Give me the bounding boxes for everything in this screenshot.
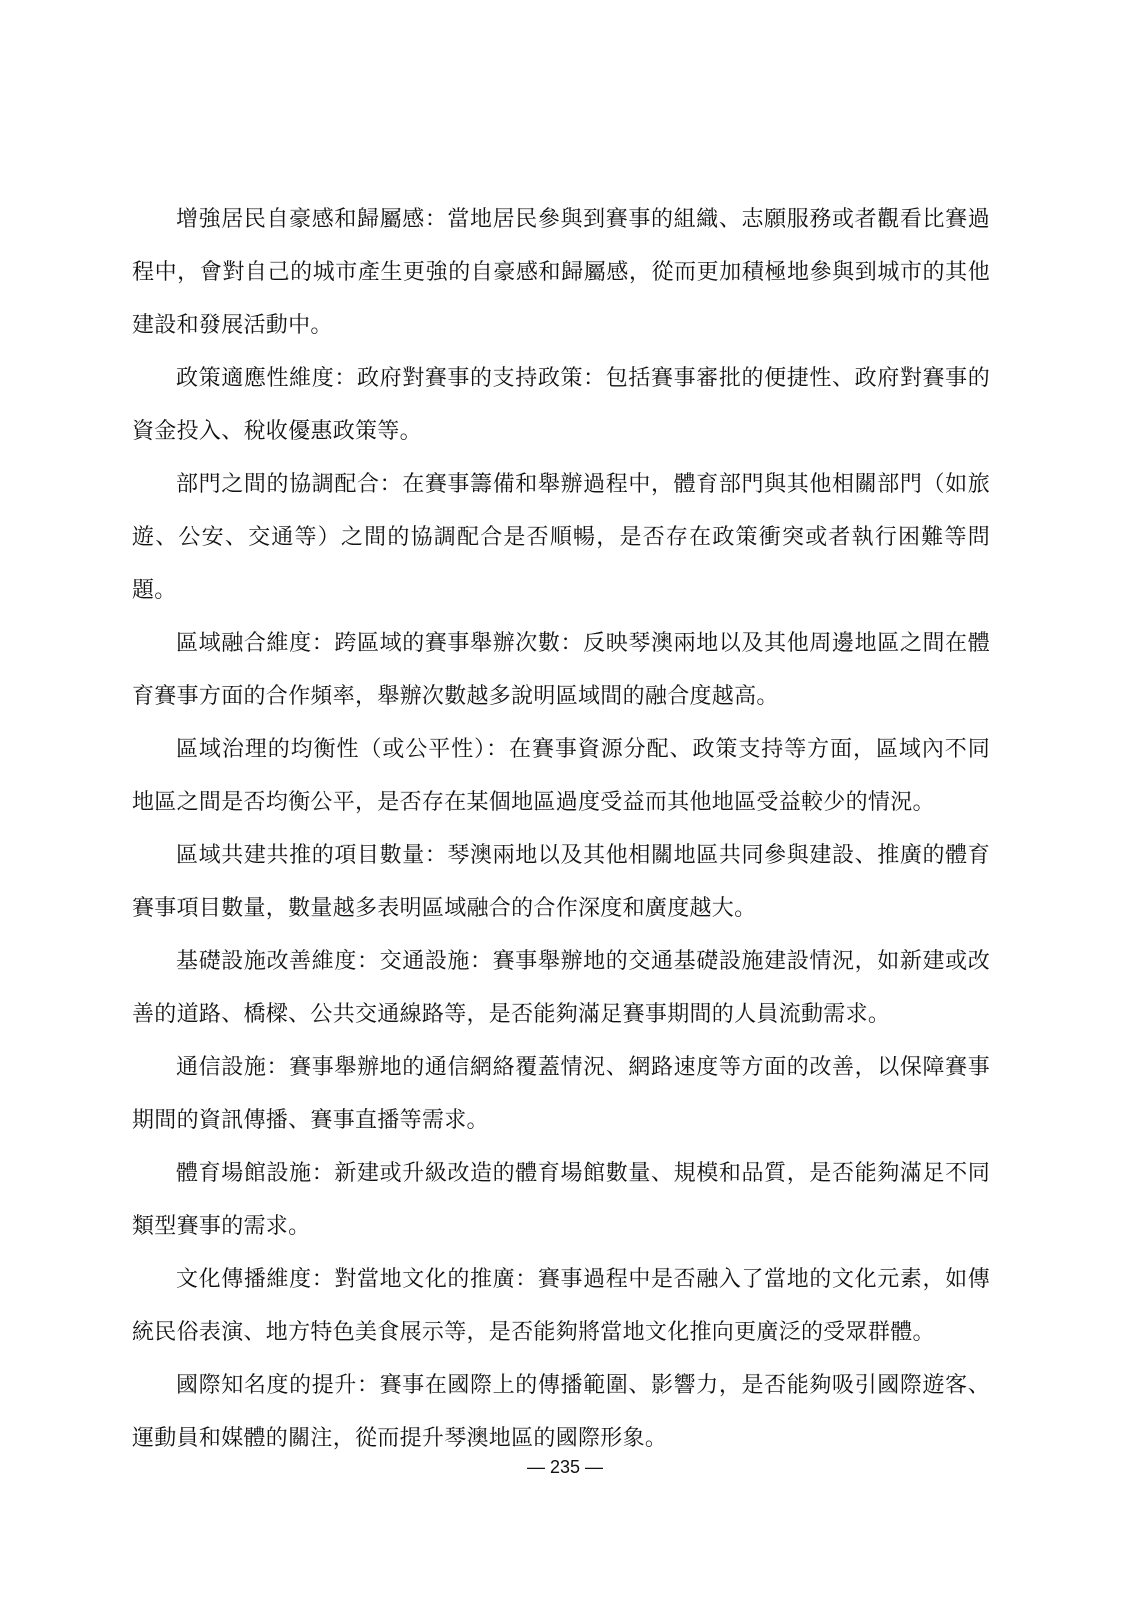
paragraph: 體育場館設施：新建或升級改造的體育場館數量、規模和品質，是否能夠滿足不同類型賽事…: [132, 1146, 990, 1252]
paragraph: 通信設施：賽事舉辦地的通信網絡覆蓋情況、網路速度等方面的改善，以保障賽事期間的資…: [132, 1040, 990, 1146]
paragraph: 區域治理的均衡性（或公平性）：在賽事資源分配、政策支持等方面，區域內不同地區之間…: [132, 722, 990, 828]
paragraph: 文化傳播維度：對當地文化的推廣：賽事過程中是否融入了當地的文化元素，如傳統民俗表…: [132, 1252, 990, 1358]
paragraph: 基礎設施改善維度：交通設施：賽事舉辦地的交通基礎設施建設情況，如新建或改善的道路…: [132, 934, 990, 1040]
paragraph: 增強居民自豪感和歸屬感：當地居民參與到賽事的組織、志願服務或者觀看比賽過程中，會…: [132, 192, 990, 351]
page-body-text: 增強居民自豪感和歸屬感：當地居民參與到賽事的組織、志願服務或者觀看比賽過程中，會…: [132, 192, 990, 1464]
paragraph: 區域融合維度：跨區域的賽事舉辦次數：反映琴澳兩地以及其他周邊地區之間在體育賽事方…: [132, 616, 990, 722]
document-page: 增強居民自豪感和歸屬感：當地居民參與到賽事的組織、志願服務或者觀看比賽過程中，會…: [0, 0, 1130, 1600]
paragraph: 政策適應性維度：政府對賽事的支持政策：包括賽事審批的便捷性、政府對賽事的資金投入…: [132, 351, 990, 457]
paragraph: 國際知名度的提升：賽事在國際上的傳播範圍、影響力，是否能夠吸引國際遊客、運動員和…: [132, 1358, 990, 1464]
paragraph: 部門之間的協調配合：在賽事籌備和舉辦過程中，體育部門與其他相關部門（如旅遊、公安…: [132, 457, 990, 616]
paragraph: 區域共建共推的項目數量：琴澳兩地以及其他相關地區共同參與建設、推廣的體育賽事項目…: [132, 828, 990, 934]
page-number: — 235 —: [0, 1452, 1130, 1482]
